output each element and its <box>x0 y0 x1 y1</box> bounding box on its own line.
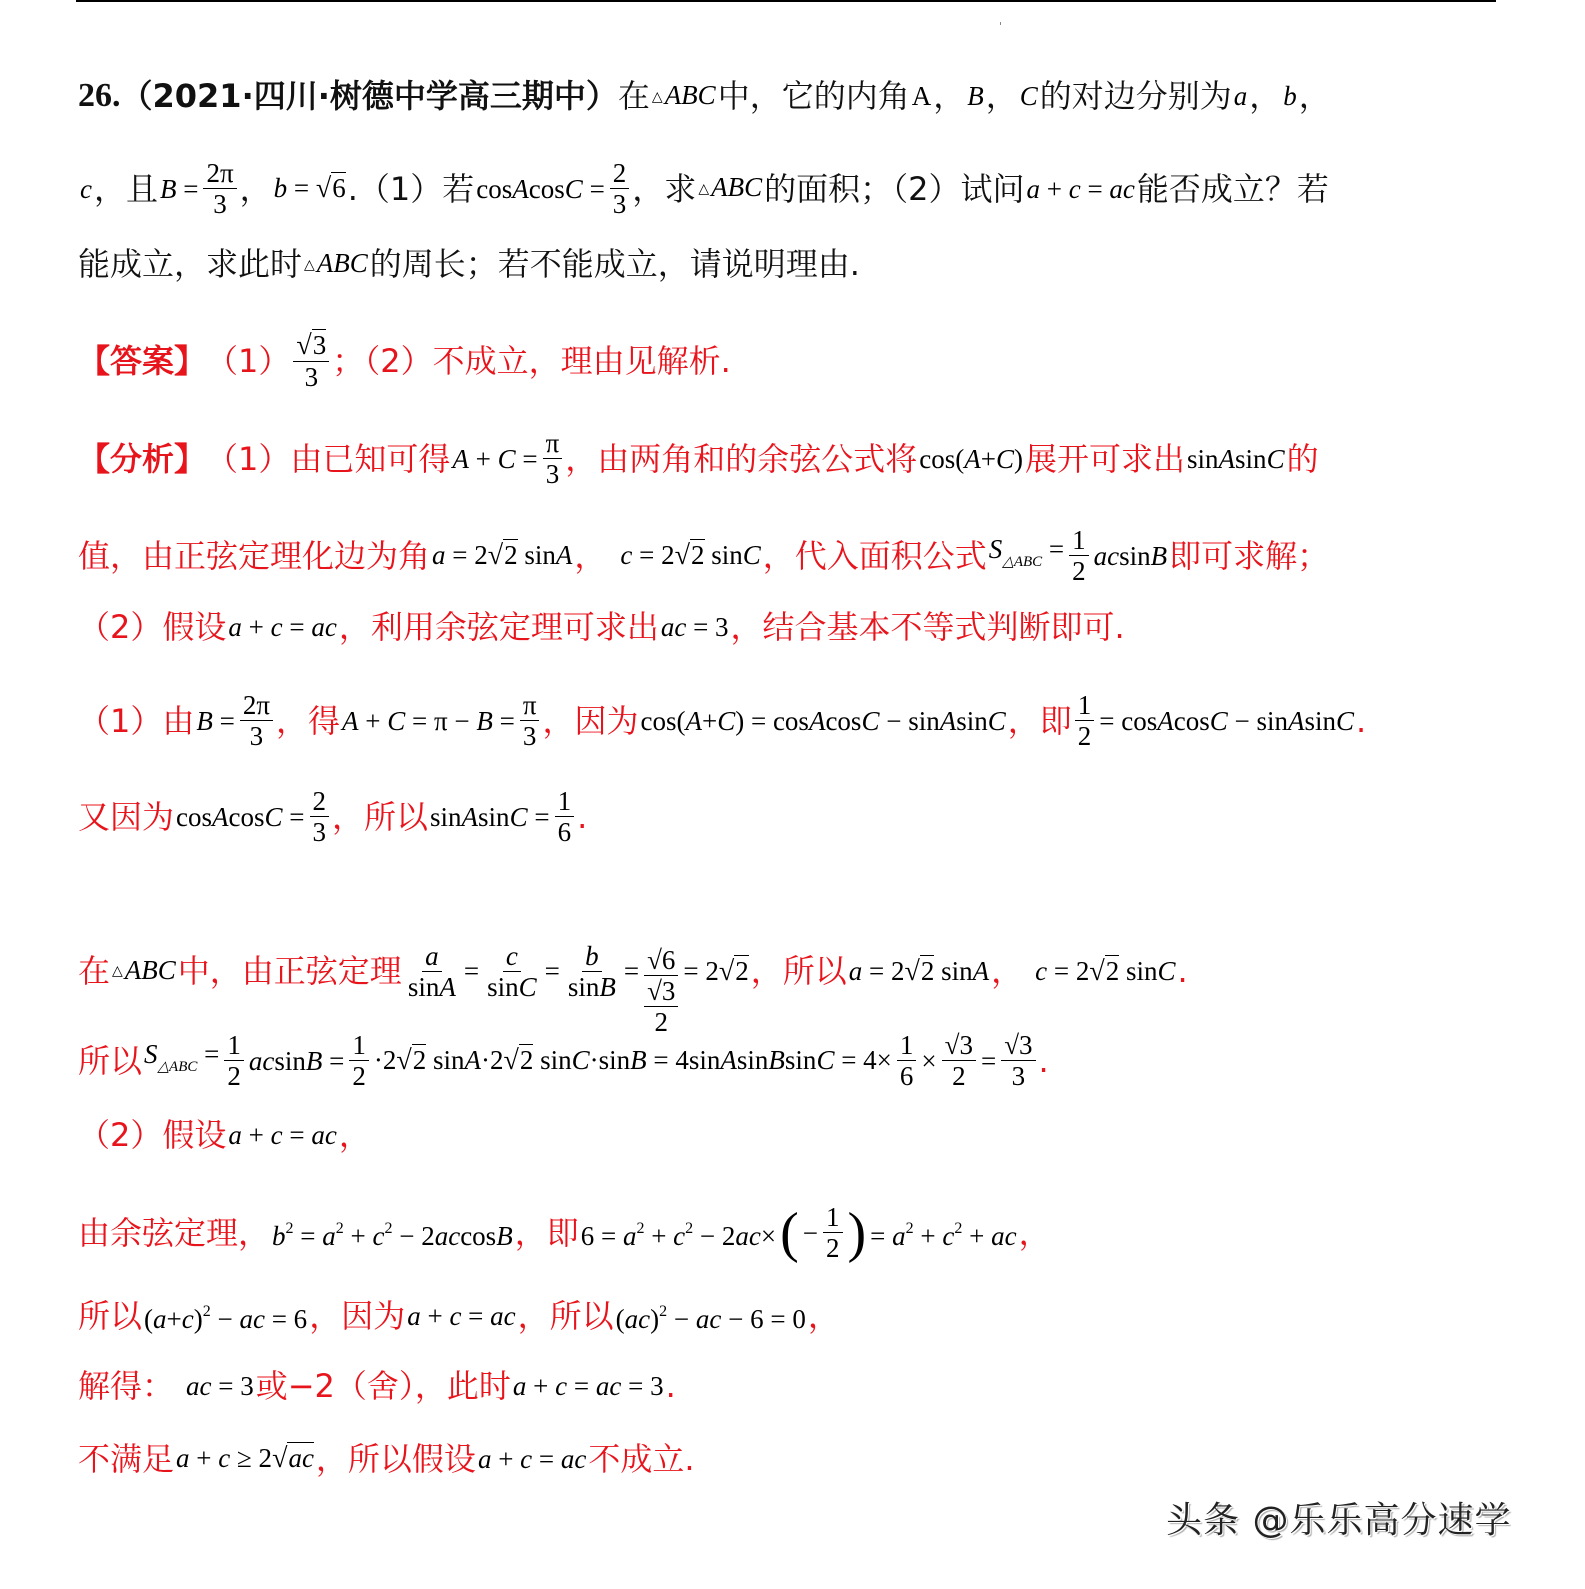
answer-label: 【答案】 <box>78 341 206 381</box>
fraction: 2π3 <box>203 158 236 219</box>
text: ，所以 <box>518 1296 614 1336</box>
text: 展开可求出 <box>1025 439 1185 479</box>
problem-source: （2021·四川·树德中学高三期中） <box>121 76 618 116</box>
triangle-icon: △ <box>652 90 663 105</box>
answer-fraction: √33 <box>293 330 329 392</box>
watermark: 头条 @乐乐高分速学 <box>1166 1492 1511 1543</box>
solution-line-1: （1）由 B =2π3 ，得 A + C = π − B =π3 ，因为 cos… <box>78 690 1366 751</box>
math: B <box>967 81 984 111</box>
text: 的对边分别为 <box>1040 76 1232 116</box>
math: c <box>80 174 92 204</box>
text: ， <box>933 76 965 116</box>
text: 能成立，求此时 <box>78 244 302 284</box>
triangle-name: ABC <box>665 80 716 110</box>
solution-line-6: 由余弦定理， b2 = a2 + c2 − 2accosB ，即 6 = a2 … <box>78 1202 1051 1263</box>
text: 的 <box>1287 439 1319 479</box>
text: ，因为 <box>542 701 638 741</box>
text: 能否成立？若 <box>1137 169 1329 209</box>
text: ；（2）不成立，理由见解析. <box>332 341 731 381</box>
math: A <box>912 76 932 116</box>
problem-line-2: c ，且 B =2π3 ， b = √6 .（1）若 cosAcosC =23 … <box>78 158 1329 219</box>
analysis-line-3: （2）假设 a + c = ac ，利用余弦定理可求出 ac = 3 ，结合基本… <box>78 607 1125 647</box>
top-rule <box>76 0 1496 2</box>
analysis-label: 【分析】 <box>78 439 206 479</box>
text: ，结合基本不等式判断即可. <box>731 607 1125 647</box>
problem-line-3: 能成立，求此时 △ABC 的周长；若不能成立，请说明理由. <box>78 243 860 286</box>
text: ，代入面积公式 <box>763 536 987 576</box>
solution-line-2: 又因为 cosAcosC =23 ，所以 sinAsinC =16. <box>78 786 587 847</box>
text: 即可求解； <box>1169 536 1329 576</box>
math: C <box>1020 81 1038 111</box>
text: （1）由已知可得 <box>206 439 450 479</box>
text: ，即 <box>515 1213 579 1253</box>
analysis-line-2: 值，由正弦定理化边为角 a = 2√2 sinA， c = 2√2 sinC ，… <box>78 525 1329 586</box>
fraction: 23 <box>610 158 630 219</box>
text: ，所以 <box>751 951 847 991</box>
text: 不成立. <box>588 1439 694 1479</box>
triangle-icon: △ <box>698 182 709 197</box>
text: ，所以假设 <box>316 1439 476 1479</box>
text: ， <box>240 169 272 209</box>
analysis-line-1: 【分析】 （1）由已知可得 A + C =π3 ，由两角和的余弦公式将 cos(… <box>78 428 1319 489</box>
text: .（1）若 <box>348 169 475 209</box>
text: ，所以 <box>332 797 428 837</box>
text: ， <box>1249 76 1281 116</box>
text: ，且 <box>94 169 158 209</box>
triangle-icon: △ <box>112 964 123 979</box>
text: ，利用余弦定理可求出 <box>339 607 659 647</box>
text: ，求 <box>632 169 696 209</box>
text: 不满足 <box>78 1439 174 1479</box>
triangle-icon: △ <box>304 258 315 273</box>
text: ， <box>1299 76 1331 116</box>
math: a <box>1234 81 1248 111</box>
text: ，由两角和的余弦公式将 <box>565 439 917 479</box>
solution-line-8: 解得： ac = 3 或−2（舍），此时 a + c = ac = 3. <box>78 1366 676 1406</box>
text: ，因为 <box>309 1296 405 1336</box>
answer-line: 【答案】 （1） √33 ；（2）不成立，理由见解析. <box>78 330 731 392</box>
text: 所以 <box>78 1296 142 1336</box>
text: 解得： <box>78 1366 174 1406</box>
solution-line-4: 所以 S△ABC =12 acsinB =12 ·2√2 sinA·2√2 si… <box>78 1030 1049 1091</box>
text: 值，由正弦定理化边为角 <box>78 536 430 576</box>
text: 又因为 <box>78 797 174 837</box>
text: 在 <box>78 951 110 991</box>
text: 由余弦定理， <box>78 1213 270 1253</box>
text: ，即 <box>1008 701 1072 741</box>
problem-number: 26. <box>78 76 121 116</box>
text: 中，它的内角 <box>718 76 910 116</box>
text: ， <box>986 76 1018 116</box>
problem-line-1: 26. （2021·四川·树德中学高三期中） 在 △ABC 中，它的内角 A， … <box>78 75 1331 118</box>
solution-line-9: 不满足 a + c ≥ 2√ac ，所以假设 a + c = ac 不成立. <box>78 1438 695 1479</box>
text: ，得 <box>276 701 340 741</box>
math: b <box>1283 81 1297 111</box>
text: 的周长；若不能成立，请说明理由. <box>370 244 860 284</box>
solution-line-3: 在 △ABC 中，由正弦定理 asinA= csinC= bsinB= √6√3… <box>78 905 1188 1037</box>
text: （2）假设 <box>78 607 226 647</box>
text: 或−2（舍），此时 <box>256 1366 511 1406</box>
text: 所以 <box>78 1041 142 1081</box>
text: （1） <box>206 341 290 381</box>
text: （1）由 <box>78 701 194 741</box>
text: 在 <box>618 76 650 116</box>
scan-speck <box>1000 22 1001 25</box>
text: 中，由正弦定理 <box>178 951 402 991</box>
solution-line-7: 所以 (a+c)2 − ac = 6 ，因为 a + c = ac ，所以 (a… <box>78 1292 840 1339</box>
text: 的面积；（2）试问 <box>764 169 1024 209</box>
text: （2）假设 <box>78 1115 226 1155</box>
solution-line-5: （2）假设 a + c = ac， <box>78 1115 371 1155</box>
